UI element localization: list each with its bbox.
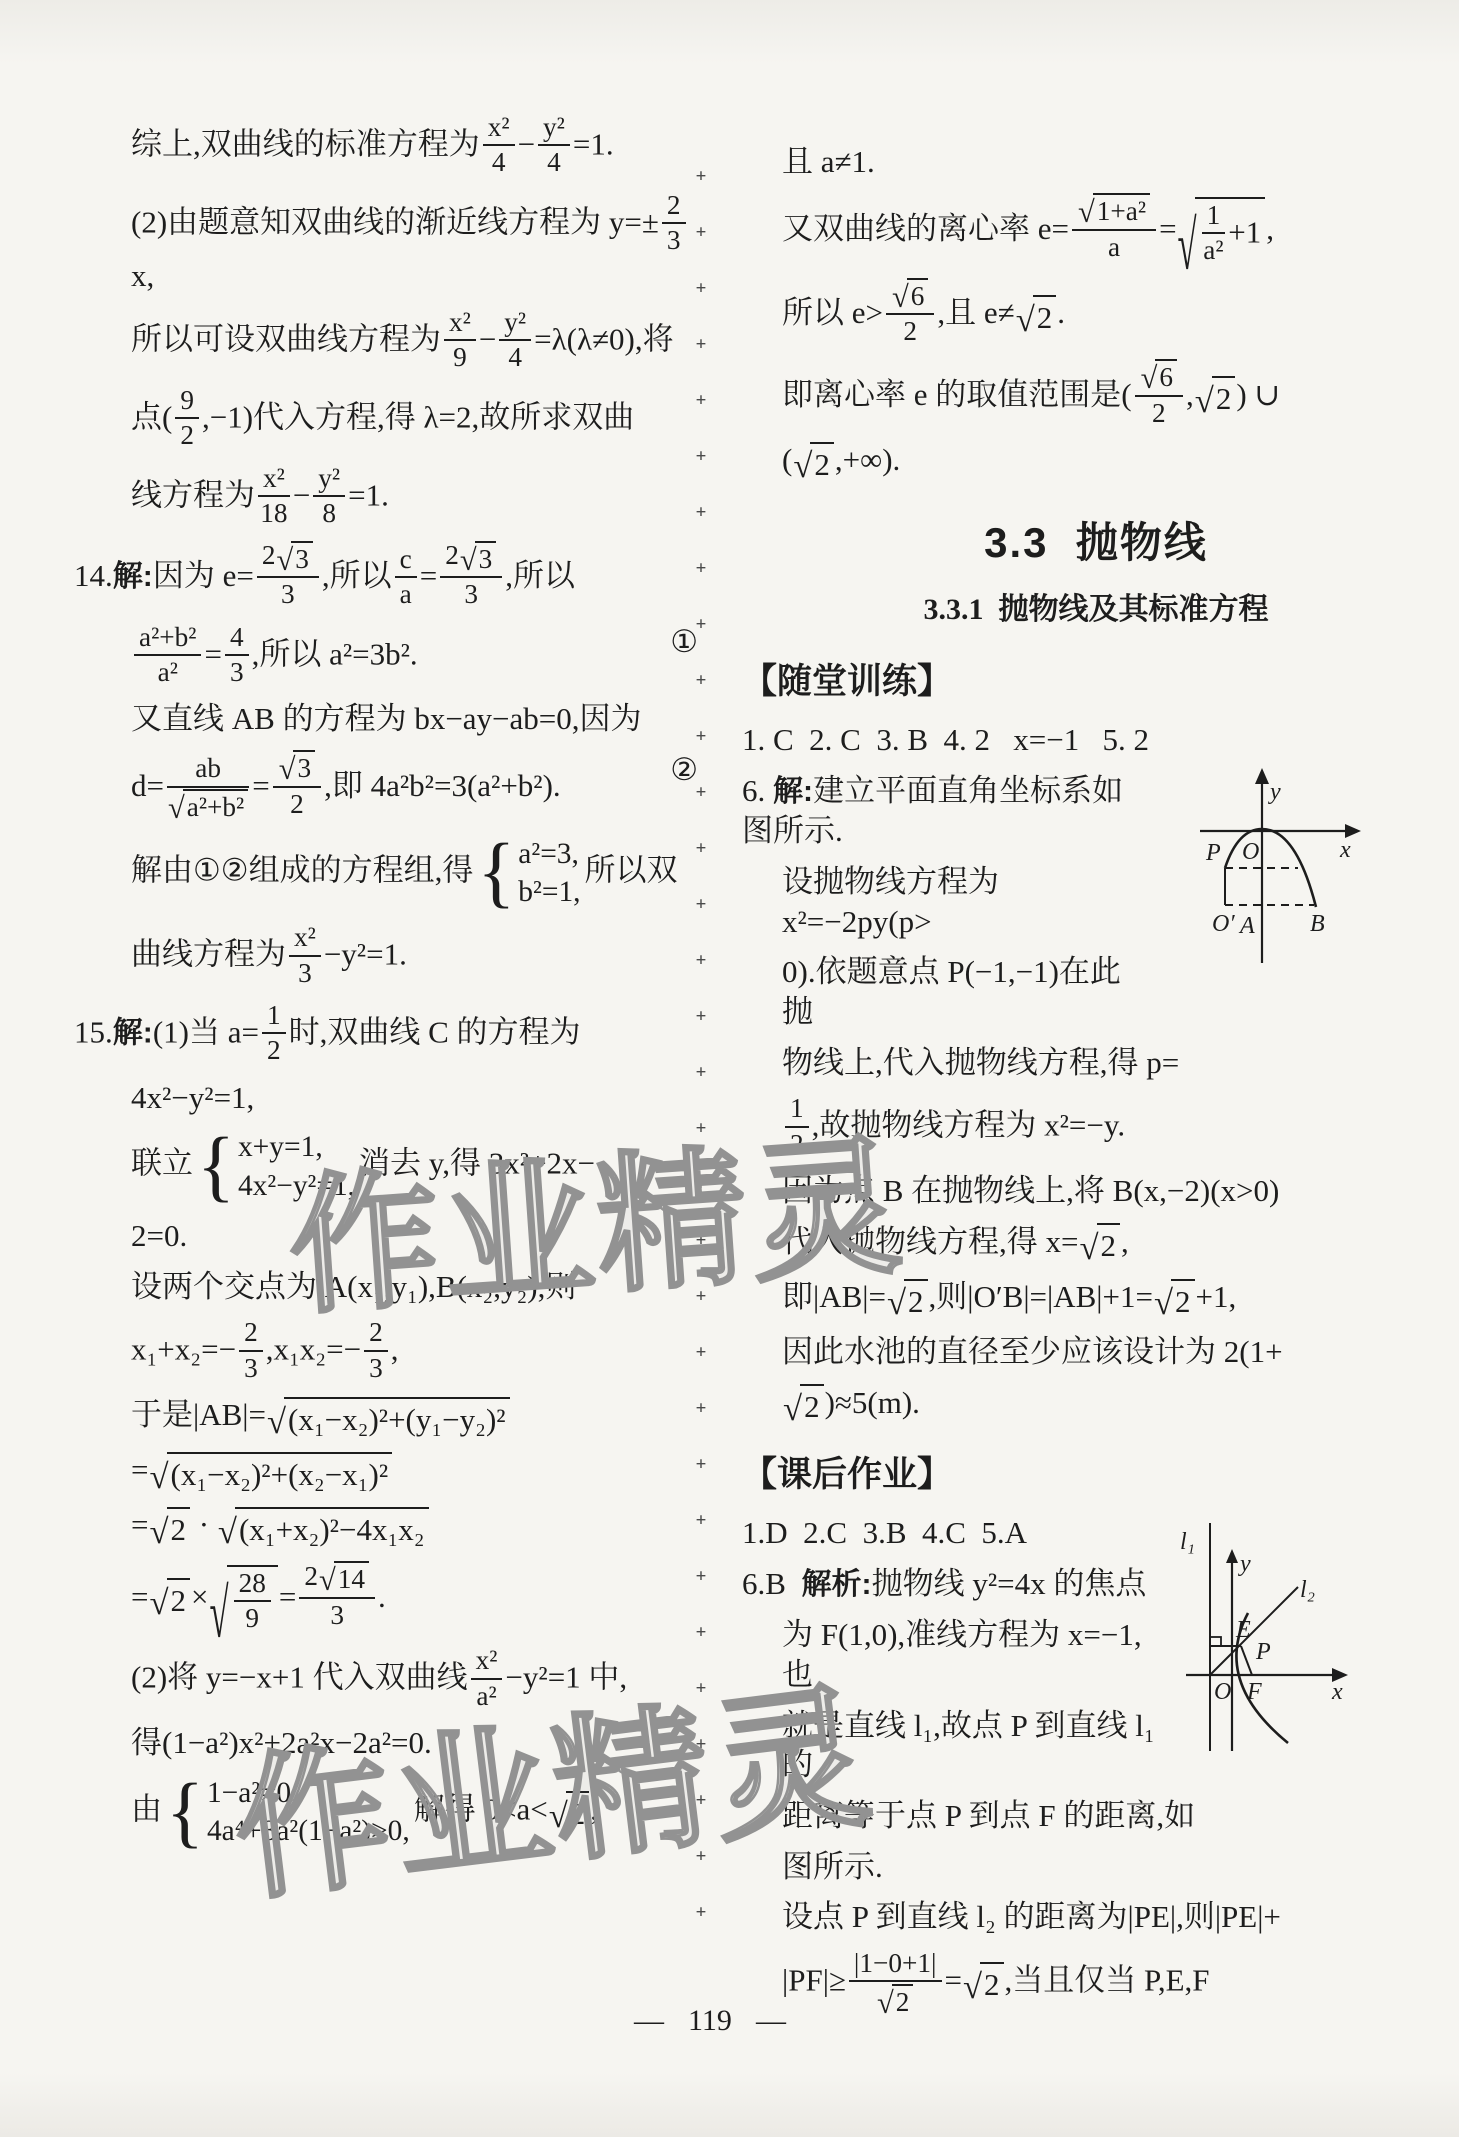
text-line: 1. C 2. C 3. B 4. 2 x=−1 5. 2 <box>742 720 1450 760</box>
text-line: 物线上,代入抛物线方程,得 p= <box>782 1043 1450 1083</box>
worksheet-header-homework: 【课后作业】 <box>742 1447 1450 1497</box>
text-line: (2)将 y=−x+1 代入双曲线x²a²−y²=1 中, <box>131 1645 702 1712</box>
text-line: 且 a≠1. <box>782 142 1450 182</box>
worksheet-header-train: 【随堂训练】 <box>742 654 1450 704</box>
text-line: 代入抛物线方程,得 x=√2, <box>782 1222 1450 1266</box>
text-line: =√2×√289=2√143. <box>131 1561 702 1635</box>
text-line: 15.解:(1)当 a=12时,双曲线 C 的方程为 <box>74 1000 702 1067</box>
text-line: 距离等于点 P 到点 F 的距离,如 <box>782 1796 1450 1836</box>
text-line: ②d=ab√a²+b²=√32,即 4a²b²=3(a²+b²). <box>131 750 702 824</box>
text-line: =√(x₁−x₂)²+(x₂−x₁)² <box>131 1450 702 1494</box>
text-line: 图所示. <box>782 1847 1450 1887</box>
axis-label-x: x <box>1339 837 1351 863</box>
text-line: 因为点 B 在抛物线上,将 B(x,−2)(x>0) <box>782 1171 1450 1211</box>
text-line: 设两个交点为 A(x₁,y₁),B(x₂,y₂),则 <box>131 1267 702 1307</box>
scanned-answer-page: + + + + + + + + + + + + + + + + + + + + … <box>0 0 1459 2137</box>
footer-dash: — <box>756 2004 786 2037</box>
section-heading: 3.3 抛物线 <box>742 510 1450 570</box>
footer-dash: — <box>634 2004 664 2037</box>
axis-label-y: y <box>1268 779 1281 805</box>
right-text-column: 且 a≠1.又双曲线的离心率 e=√1+a²a=√1a²+1,所以 e>√62,… <box>742 142 1450 2029</box>
line-label-l2: l₂ <box>1300 1577 1315 1603</box>
figure-parabola-right: l₁ y l₂ E P O F x <box>1170 1509 1450 1759</box>
line-label-l1: l₁ <box>1180 1529 1195 1555</box>
text-line: |PF|≥|1−0+1|√2=√2,当且仅当 P,E,F <box>782 1948 1450 2018</box>
text-line: 2=0. <box>131 1216 702 1256</box>
text-line: 所以可设双曲线方程为x²9−y²4=λ(λ≠0),将 <box>131 307 702 374</box>
text-line: 解由①②组成的方程组,得{a²=3,b²=1,所以双 <box>131 835 702 912</box>
text-line: (2)由题意知双曲线的渐近线方程为 y=±23x, <box>131 190 702 296</box>
text-line: √2)≈5(m). <box>782 1383 1450 1427</box>
point-label-O: O <box>1242 839 1259 865</box>
axis-label-y: y <box>1238 1551 1251 1577</box>
footer-number: 119 <box>688 2004 732 2037</box>
text-line: 设点 P 到直线 l₂ 的距离为|PE|,则|PE|+ <box>782 1897 1450 1937</box>
text-line: 又双曲线的离心率 e=√1+a²a=√1a²+1, <box>782 193 1450 267</box>
text-line: 于是|AB|=√(x₁−x₂)²+(y₁−y₂)² <box>131 1395 702 1439</box>
page-number: —119— <box>560 2004 860 2038</box>
point-label-O-prime: O′ <box>1212 911 1235 937</box>
train-solution-block: y x P O O′ A B 6. 解:建立平面直角坐标系如图所示.设抛物线方程… <box>742 771 1450 1427</box>
text-line: 12,故抛物线方程为 x²=−y. <box>782 1093 1450 1160</box>
text-line: 联立{x+y=1,4x²−y²=1,消去 y,得 3x²+2x− <box>131 1128 702 1205</box>
train-answers: 1. C 2. C 3. B 4. 2 x=−1 5. 2 <box>742 720 1450 760</box>
point-label-O: O <box>1214 1679 1231 1705</box>
figure-parabola-down: y x P O O′ A B <box>1150 765 1450 970</box>
point-label-P: P <box>1205 840 1221 866</box>
text-line: (√2,+∞). <box>782 440 1450 484</box>
text-line: 曲线方程为x²3−y²=1. <box>131 922 702 989</box>
text-line: 点(92,−1)代入方程,得 λ=2,故所求双曲 <box>131 385 702 452</box>
homework-block: l₁ y l₂ E P O F x 1.D 2.C 3.B 4.C 5.A6.B… <box>742 1513 1450 2018</box>
axis-label-x: x <box>1331 1679 1343 1705</box>
point-label-P: P <box>1255 1639 1271 1665</box>
right-intro-lines: 且 a≠1.又双曲线的离心率 e=√1+a²a=√1a²+1,所以 e>√62,… <box>742 142 1450 484</box>
point-label-F: F <box>1246 1679 1262 1705</box>
text-line: x₁+x₂=−23,x₁x₂=−23, <box>131 1317 702 1384</box>
text-line: 又直线 AB 的方程为 bx−ay−ab=0,因为 <box>131 699 702 739</box>
text-line: 即离心率 e 的取值范围是(√62,√2) ∪ <box>782 359 1450 429</box>
text-line: 4x²−y²=1, <box>131 1078 702 1118</box>
text-line: 线方程为x²18−y²8=1. <box>131 463 702 530</box>
point-label-E: E <box>1235 1617 1251 1643</box>
text-line: 即|AB|=√2,则|O′B|=|AB|+1=√2+1, <box>782 1277 1450 1321</box>
text-line: 由{1−a²≠0,4a⁴+8a²(1−a²)>0,解得 0<a<√2, <box>131 1774 702 1851</box>
point-label-B: B <box>1310 911 1325 937</box>
text-line: 14.解:因为 e=2√33,所以ca=2√33,所以 <box>74 540 702 610</box>
text-line: 得(1−a²)x²+2a²x−2a²=0. <box>131 1723 702 1763</box>
left-text-column: 综上,双曲线的标准方程为x²4−y²4=1.(2)由题意知双曲线的渐近线方程为 … <box>74 112 702 1861</box>
text-line: 综上,双曲线的标准方程为x²4−y²4=1. <box>131 112 702 179</box>
point-label-A: A <box>1238 913 1255 939</box>
text-line: 因此水池的直径至少应该设计为 2(1+ <box>782 1332 1450 1372</box>
text-line: 所以 e>√62,且 e≠√2. <box>782 277 1450 347</box>
subsection-heading: 3.3.1 抛物线及其标准方程 <box>742 584 1450 628</box>
text-line: ①a²+b²a²=43,所以 a²=3b². <box>131 622 702 689</box>
